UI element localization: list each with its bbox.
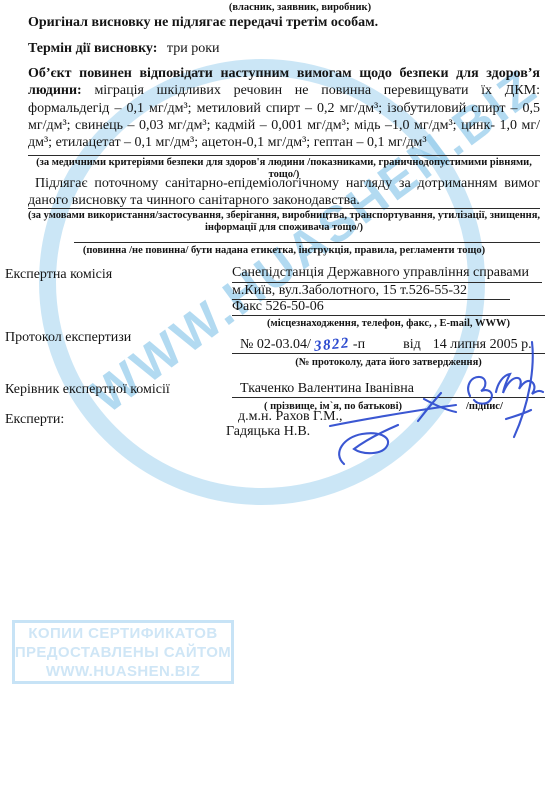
- protocol-date-label: від: [403, 337, 421, 353]
- commission-org-line2: м.Київ, вул.Заболотного, 15 т.526-55-32: [232, 283, 510, 300]
- divider-2: [28, 208, 540, 209]
- divider-1: [28, 155, 540, 156]
- head-name: Ткаченко Валентина Іванівна: [232, 381, 545, 398]
- commission-org-line1: Санепідстанція Державного управління спр…: [232, 265, 542, 283]
- conditions-note-line1: (за умовами використання/застосування, з…: [28, 210, 540, 222]
- conditions-note-line2: інформації для споживача тощо/): [28, 222, 540, 234]
- term-value: три роки: [167, 41, 220, 56]
- head-label: Керівник експертної комісії: [5, 381, 170, 398]
- protocol-note: (№ протоколу, дата його затвердження): [232, 357, 545, 369]
- divider-3: [74, 242, 540, 243]
- requirements-text: міграція шкідливих речовин не повинна пе…: [28, 83, 540, 150]
- term-label: Термін дії висновку:: [28, 41, 157, 56]
- label-note: (повинна /не повинна/ бути надана етикет…: [28, 245, 540, 257]
- original-notice: Оригінал висновку не підлягає передачі т…: [28, 14, 378, 31]
- supervision-paragraph: Підлягає поточному санітарно-епідеміолог…: [28, 176, 540, 209]
- requirements-paragraph: Об’єкт повинен відповідати наступним вим…: [28, 65, 540, 151]
- commission-org-note: (місцезнаходження, телефон, факс, , E-ma…: [232, 318, 545, 330]
- criteria-note-line1: (за медичними критеріями безпеки для здо…: [28, 157, 540, 169]
- head-sign-note: /підпис/: [466, 401, 503, 413]
- protocol-number-handwritten: 3822: [313, 335, 350, 355]
- protocol-label: Протокол експертизи: [5, 329, 131, 346]
- protocol-number-suffix: -п: [353, 337, 365, 353]
- protocol-number-row: № 02-03.04/ 3822 -п від 14 липня 2005 р.: [232, 335, 545, 354]
- owner-note: (власник, заявник, виробник): [50, 2, 550, 14]
- term-row: Термін дії висновку: три роки: [28, 40, 220, 57]
- commission-org-line3: Факс 526-50-06: [232, 299, 545, 316]
- commission-label: Експертна комісія: [5, 266, 112, 283]
- expert-2: Гадяцька Н.В.: [226, 423, 310, 440]
- protocol-date-value: 14 липня 2005 р.: [433, 337, 532, 353]
- document-content: (власник, заявник, виробник) Оригінал ви…: [0, 0, 550, 800]
- protocol-number-prefix: № 02-03.04/: [240, 337, 311, 353]
- experts-label: Експерти:: [5, 411, 64, 428]
- scanned-document-page: WWW.HUASHEN.BIZ (власник, заявник, вироб…: [0, 0, 550, 800]
